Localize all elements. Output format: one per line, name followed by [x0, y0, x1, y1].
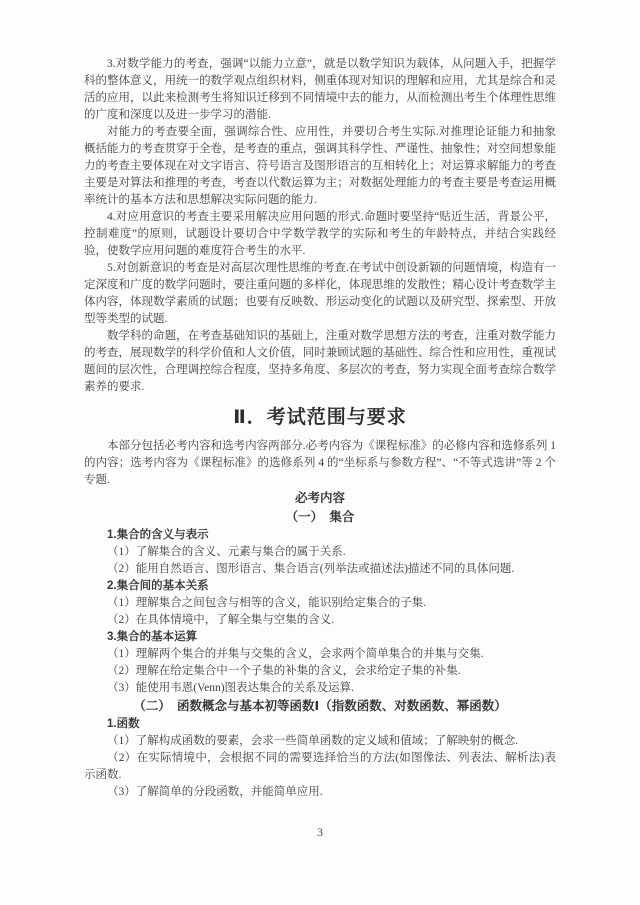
- group-title-set-relations: 2.集合间的基本关系: [84, 578, 556, 595]
- list-item: （1）理解两个集合的并集与交集的含义，会求两个简单集合的并集与交集.: [84, 646, 556, 663]
- section-title: Ⅱ．考试范围与要求: [84, 405, 556, 431]
- list-item: （3）能使用韦恩(Venn)图表达集合的关系及运算.: [84, 680, 556, 697]
- group-title-set-meaning: 1.集合的含义与表示: [84, 527, 556, 544]
- paragraph-ability-coverage: 对能力的考查要全面，强调综合性、应用性，并要切合考生实际.对推理论证能力和抽象概…: [84, 124, 556, 209]
- group-title-function: 1.函数: [84, 716, 556, 733]
- paragraph-application-awareness: 4.对应用意识的考查主要采用解决应用问题的形式.命题时要坚持“贴近生活，背景公平…: [84, 209, 556, 260]
- paragraph-proposition-summary: 数学科的命题，在考查基础知识的基础上，注重对数学思想方法的考查，注重对数学能力的…: [84, 328, 556, 396]
- group-title-set-operations: 3.集合的基本运算: [84, 629, 556, 646]
- paragraph-math-ability: 3.对数学能力的考查，强调“以能力立意”，就是以数学知识为载体，从问题入手，把握…: [84, 56, 556, 124]
- section-intro: 本部分包括必考内容和选考内容两部分.必考内容为《课程标准》的必修内容和选修系列 …: [84, 438, 556, 489]
- paragraph-innovation-awareness: 5.对创新意识的考查是对高层次理性思维的考查.在考试中创设新颖的问题情境，构造有…: [84, 260, 556, 328]
- list-item: （2）理解在给定集合中一个子集的补集的含义，会求给定子集的补集.: [84, 663, 556, 680]
- list-item: （2）在具体情境中，了解全集与空集的含义.: [84, 612, 556, 629]
- list-item: （3）了解简单的分段函数，并能简单应用.: [84, 784, 556, 801]
- document-page: 3.对数学能力的考查，强调“以能力立意”，就是以数学知识为载体，从问题入手，把握…: [0, 0, 640, 905]
- list-item: （1）了解构成函数的要素，会求一些简单函数的定义域和值域；了解映射的概念.: [84, 733, 556, 750]
- topic-heading-functions: （二） 函数概念与基本初等函数Ⅰ（指数函数、对数函数、幂函数）: [84, 697, 556, 716]
- required-content-heading: 必考内容: [84, 489, 556, 508]
- list-item: （1）了解集合的含义、元素与集合的属于关系.: [84, 544, 556, 561]
- list-item: （2）能用自然语言、图形语言、集合语言(列举法或描述法)描述不同的具体问题.: [84, 561, 556, 578]
- page-number: 3: [0, 824, 640, 841]
- topic-heading-sets: （一） 集合: [84, 508, 556, 527]
- list-item: （2）在实际情境中，会根据不同的需要选择恰当的方法(如图像法、列表法、解析法)表…: [84, 750, 556, 784]
- list-item: （1）理解集合之间包含与相等的含义，能识别给定集合的子集.: [84, 595, 556, 612]
